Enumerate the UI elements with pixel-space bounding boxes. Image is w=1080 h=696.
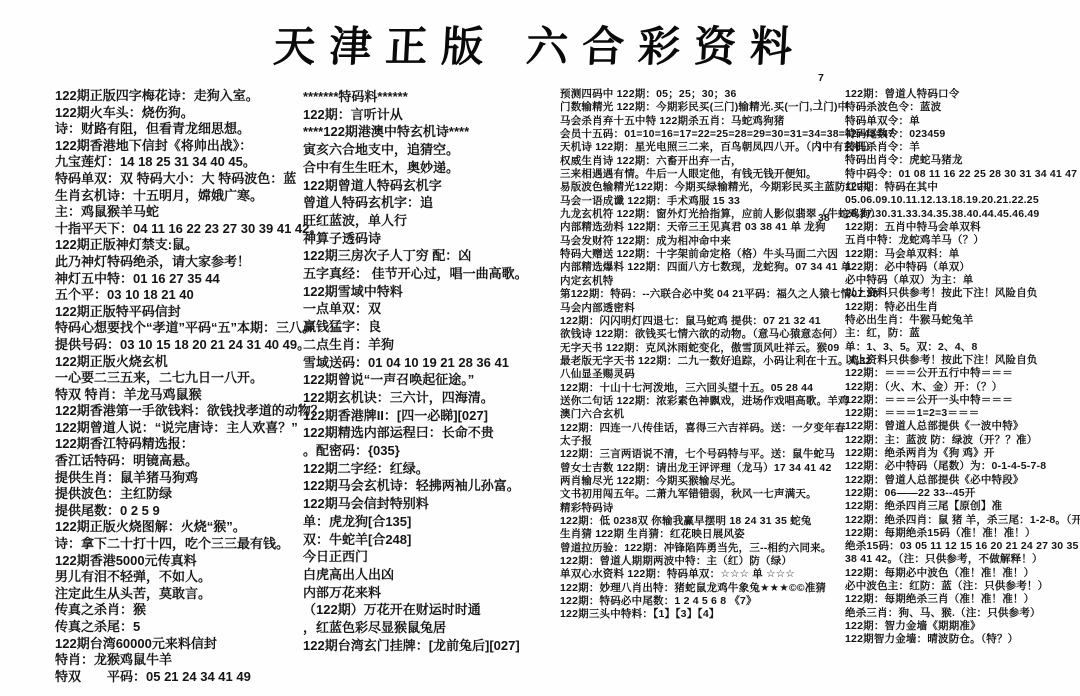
text-line: 赢钱猛字：良 bbox=[303, 318, 553, 336]
text-line: 122期：特必出生肖 bbox=[845, 301, 1077, 314]
text-line: 九龙玄机符 122期：窗外灯光拾指算，应前人影似翡翠（牛蛇鸡狗） bbox=[560, 208, 838, 221]
text-line: 特中码令：01 08 11 16 22 25 28 30 31 34 41 47 bbox=[845, 168, 1077, 181]
text-line: 122期正版四字梅花诗：走狗入室。 bbox=[55, 88, 305, 105]
text-line: 易版波色输精光122期：今期买绿输精光，今期彩民买主蓝防红中。 bbox=[560, 181, 838, 194]
text-line: 寅亥六合地支中，追猜空。 bbox=[303, 141, 553, 159]
text-line: 122期：低 0238双 你输我赢早摆明 18 24 31 35 蛇兔 bbox=[560, 515, 838, 528]
text-line: 五字真经： 佳节开心过，唱一曲高歌。 bbox=[303, 265, 553, 283]
text-line: 122期正版神灯禁支:鼠。 bbox=[55, 237, 305, 254]
text-line: 一心要二三五来，二七九日一八开。 bbox=[55, 370, 305, 387]
text-line: 精彩特码诗 bbox=[560, 502, 838, 515]
text-line: 送你二句话 122期：浓彩素色神飘戏，进场作戏唱高歌。羊鸡 bbox=[560, 395, 838, 408]
text-line: 单：1、3、5。双：2、4、8 bbox=[845, 341, 1077, 354]
text-line: 欲钱诗 122期：欲钱买七情六欲的动物。（意马心猿意态何） bbox=[560, 328, 838, 341]
text-line: 122期：妙理八肖出特：猪蛇鼠龙鸡牛象兔★★★©©准猜 bbox=[560, 582, 838, 595]
text-line: 122期：曾道人总部提供《必中特段》 bbox=[845, 474, 1077, 487]
text-line: 122期：十山十七河泼地，三六回头望十五。05 28 44 bbox=[560, 382, 838, 395]
text-line: 122期玄机诀：三六计，四海清。 bbox=[303, 389, 553, 407]
text-line: 天机诗 122期：星光电照三二来，百鸟朝凤四八开。（内中有玄机） bbox=[560, 141, 838, 154]
text-line: 122期正版特平码信封 bbox=[55, 304, 305, 321]
text-line: 内部万花来料 bbox=[303, 584, 553, 602]
text-line: 此乃神灯特码绝杀，请大家参考！ bbox=[55, 254, 305, 271]
text-line: 主：红，防：蓝 bbox=[845, 327, 1077, 340]
text-line: 122期：特码必中尾数：1 2 4 5 6 8 《7》 bbox=[560, 595, 838, 608]
text-line: 122期：绝杀四肖三尾【原创】准 bbox=[845, 500, 1077, 513]
text-line: 特双 特肖：羊龙马鸡鼠猴 bbox=[55, 387, 305, 404]
text-line: 122期：智力金墙《期期准》 bbox=[845, 620, 1077, 633]
text-line: 文书初用闯五年。二萧九军错错弱，秋风一七声满天。 bbox=[560, 488, 838, 501]
text-line: 两肖输尽光 122期：今期买猴输尽光。 bbox=[560, 475, 838, 488]
text-line: 提供生肖：鼠羊猪马狗鸡 bbox=[55, 470, 305, 487]
text-line: 26.27.30.31.33.34.35.38.40.44.45.46.49 bbox=[845, 208, 1077, 221]
page-title: 天津正版 六合彩资料 bbox=[0, 14, 1080, 74]
text-line: 旺红蓝波，单人行 bbox=[303, 212, 553, 230]
margin-glyph: ) bbox=[818, 98, 822, 110]
text-line: 特双 平码：05 21 24 34 41 49 bbox=[55, 669, 305, 686]
text-line: 122期：闪闪明灯四退七：鼠马蛇鸡 提供：07 21 32 41 bbox=[560, 315, 838, 328]
text-line: 主：鸡鼠猴羊马蛇 bbox=[55, 204, 305, 221]
text-line: 权威生肖诗 122期：六畜开出弃一古， bbox=[560, 155, 838, 168]
column-prediction-tips: 预测四码中 122期：05；25；30；36门数输精光 122期：今期彩民买(三… bbox=[560, 88, 838, 622]
text-line: 122期：每期绝杀15码（准！准！准！） bbox=[845, 527, 1077, 540]
text-line: 特码单双：双 特码大小：大 特码波色：蓝 bbox=[55, 171, 305, 188]
text-line: 今日正西门 bbox=[303, 548, 553, 566]
text-line: 122期：曾道人期期两波中特：主（红）防（绿） bbox=[560, 555, 838, 568]
text-line: 注定此生从头苦，莫敢言。 bbox=[55, 586, 305, 603]
text-line: 单：虎龙狗[合135] bbox=[303, 513, 553, 531]
text-line: 122期：绝杀两肖为《狗 鸡》开 bbox=[845, 447, 1077, 460]
text-line: （122期）万花开在财运时时通 bbox=[303, 601, 553, 619]
text-line: 提供号码：03 10 15 18 20 21 24 31 40 49。 bbox=[55, 337, 305, 354]
margin-glyph: ) bbox=[818, 140, 822, 152]
text-line: 122期香江特码精选报： bbox=[55, 436, 305, 453]
text-line: 十指平天下：04 11 16 22 23 27 30 39 41 42。 bbox=[55, 221, 305, 238]
text-line: 男儿有泪不轻弹，不如人。 bbox=[55, 569, 305, 586]
text-line: *******特码料****** bbox=[303, 88, 553, 106]
text-line: 内部精选劲料 122期：天帝三王见真君 03 38 41 单 龙狗 bbox=[560, 221, 838, 234]
text-line: 122期：每期绝杀三肖（准！准！准！） bbox=[845, 593, 1077, 606]
text-line: 必中波色主：红防：蓝（注：只供参考！） bbox=[845, 580, 1077, 593]
text-line: 122期：曾道人总部提供《一波中特》 bbox=[845, 420, 1077, 433]
text-line: 122期香港5000元传真料 bbox=[55, 553, 305, 570]
text-line: 内定玄机特 bbox=[560, 275, 838, 288]
text-line: 122期台湾玄门挂牌：[龙前兔后][027] bbox=[303, 637, 553, 655]
text-line: 122期：（火、木、金）开：（？） bbox=[845, 381, 1077, 394]
text-line: 122期：必中特码（单双） bbox=[845, 261, 1077, 274]
text-line: 122期：＝＝＝1=2=3＝＝＝ bbox=[845, 407, 1077, 420]
text-line: 特码心想要找个“孝道”平码“五”本期：三八。 bbox=[55, 320, 305, 337]
text-line: 合中有生生旺木，奥妙递。 bbox=[303, 159, 553, 177]
text-line: 白虎高出人出凶 bbox=[303, 566, 553, 584]
text-line: 122期：五肖中特马会单双料 bbox=[845, 221, 1077, 234]
text-line: 二点生肖：羊狗 bbox=[303, 336, 553, 354]
text-line: 122期三头中特料：【1】【3】【4】 bbox=[560, 608, 838, 621]
text-line: 122期：必中特码（尾数）为：0-1-4-5-7-8 bbox=[845, 460, 1077, 473]
text-line: 特必出生肖：牛猴马蛇兔羊 bbox=[845, 314, 1077, 327]
text-line: ****122期港澳中特玄机诗**** bbox=[303, 123, 553, 141]
text-line: 雪域送码：01 04 10 19 21 28 36 41 bbox=[303, 354, 553, 372]
text-line: 122期：绝杀四肖：鼠 猪 羊，杀三尾：1-2-8。（开？） bbox=[845, 514, 1077, 527]
column-plum-poem-info: 122期正版四字梅花诗：走狗入室。122期火车头：烧伤狗。诗：财路有阻，但看青龙… bbox=[55, 88, 305, 685]
text-line: 122期：三言两语说不清，七个号码特与平。送：鼠牛蛇马 bbox=[560, 448, 838, 461]
text-line: 以上资料只供参考！按此下注！风险自负 bbox=[845, 354, 1077, 367]
text-line: 122期精选内部运程曰：长命不贵 bbox=[303, 424, 553, 442]
text-line: 太子报 bbox=[560, 435, 838, 448]
text-line: 五肖中特：龙蛇鸡羊马（？） bbox=[845, 234, 1077, 247]
text-line: 122期火车头：烧伤狗。 bbox=[55, 105, 305, 122]
text-line: 38 41 42。（注：只供参考，不做解释！） bbox=[845, 553, 1077, 566]
text-line: 122期：每期必中波色（准！准！准！） bbox=[845, 567, 1077, 580]
text-line: 曾道人特码玄机字：追 bbox=[303, 194, 553, 212]
column-zengdaoren-commands: 122期：曾道人特码口令特码杀波色令：蓝波特码单双令：单特码尾数令：023459… bbox=[845, 88, 1077, 646]
text-line: 提供尾数：0 2 5 9 bbox=[55, 503, 305, 520]
text-line: 122期正版火烧图解：火烧“猴”。 bbox=[55, 519, 305, 536]
text-line: 122期智力金墙：晴波防仓。（特？） bbox=[845, 633, 1077, 646]
text-line: 122期香港地下信封《将帅出战》： bbox=[55, 138, 305, 155]
text-line: 特肖：龙猴鸡鼠牛羊 bbox=[55, 652, 305, 669]
text-line: 122期雪域中特料 bbox=[303, 283, 553, 301]
text-line: 122期香港牌II：[四一必睇][027] bbox=[303, 407, 553, 425]
text-line: 马会一语成谶 122期：手术鸡服 15 33 bbox=[560, 195, 838, 208]
text-line: 曾女士吉数 122期：请出龙王评评理（龙马）17 34 41 42 bbox=[560, 462, 838, 475]
text-line: 香江话特码：明镜高悬。 bbox=[55, 453, 305, 470]
text-line: 最老版无字天书 122期：二九一数好追踪，小码让利在十五。鸡32 bbox=[560, 355, 838, 368]
text-line: 澳门六合玄机 bbox=[560, 408, 838, 421]
text-line: 。配密码：{035} bbox=[303, 442, 553, 460]
text-line: 九宝莲灯：14 18 25 31 34 40 45。 bbox=[55, 154, 305, 171]
text-line: 122期：曾道人特码口令 bbox=[845, 88, 1077, 101]
text-line: 会员十五码：01=10=16=17=22=25=28=29=30=31=34=3… bbox=[560, 128, 838, 141]
text-line: 绝杀15码：03 05 11 12 15 16 20 21 24 27 30 3… bbox=[845, 540, 1077, 553]
text-line: 特码尾数令：023459 bbox=[845, 128, 1077, 141]
text-line: 生肖玄机诗：十五明月，嫦娥广寒。 bbox=[55, 188, 305, 205]
text-line: 122期正版火烧玄机 bbox=[55, 354, 305, 371]
text-line: 生肖猜 122期 生肖猜：红花映日展风姿 bbox=[560, 528, 838, 541]
text-line: 122期：06——22 33--45开 bbox=[845, 487, 1077, 500]
text-line: 122期台湾60000元来料信封 bbox=[55, 636, 305, 653]
text-line: 马会内部透密料 bbox=[560, 302, 838, 315]
text-line: 特码大赠送 122期：十字架前命定格（格）牛头马面二六因 bbox=[560, 248, 838, 261]
text-line: 提供波色：主红防绿 bbox=[55, 486, 305, 503]
text-line: 特码杀波色令：蓝波 bbox=[845, 101, 1077, 114]
text-line: 特码单双令：单 bbox=[845, 115, 1077, 128]
text-line: 122期：四连一八传佳话，喜得三六吉祥码。送：一夕变年春 bbox=[560, 422, 838, 435]
text-line: 八仙显圣赐灵码 bbox=[560, 368, 838, 381]
scanned-lottery-sheet: 天津正版 六合彩资料 122期正版四字梅花诗：走狗入室。122期火车头：烧伤狗。… bbox=[0, 0, 1080, 696]
text-line: 门数输精光 122期：今期彩民买(三门)输精光.买(一门,二门)中 bbox=[560, 101, 838, 114]
text-line: 双：牛蛇羊[合248] bbox=[303, 531, 553, 549]
text-line: 必中特码（单双）为主：单 bbox=[845, 274, 1077, 287]
text-line: 第122期：特码：--六联合必中奖 04 21平码：福久之人猿七情07 38 bbox=[560, 288, 838, 301]
text-line: 传真之杀尾：5 bbox=[55, 619, 305, 636]
text-line: 单双心水资料 122期：特码单双：☆☆☆ 单 ☆☆☆ bbox=[560, 568, 838, 581]
text-line: 122期曾道人特码玄机字 bbox=[303, 177, 553, 195]
text-line: 05.06.09.10.11.12.13.18.19.20.21.22.25 bbox=[845, 194, 1077, 207]
text-line: 以上资料只供参考！按此下注！风险自负 bbox=[845, 287, 1077, 300]
margin-glyph: 38 bbox=[818, 212, 830, 224]
text-line: 曾道拉历验：122期：冲锋陷阵勇当先，三--相约六同来。 bbox=[560, 542, 838, 555]
text-line: 神灯五中特：01 16 27 35 44 bbox=[55, 271, 305, 288]
text-line: 一点单双：双 bbox=[303, 300, 553, 318]
text-line: 122期：特码在其中 bbox=[845, 181, 1077, 194]
margin-glyph: 7 bbox=[818, 72, 824, 84]
text-line: ，红蓝色彩尽显猴鼠兔居 bbox=[303, 619, 553, 637]
text-line: 诗：拿下二十打十四，吃个三三最有钱。 bbox=[55, 536, 305, 553]
text-line: 神算子透码诗 bbox=[303, 230, 553, 248]
text-line: 122期：＝＝＝公开五行中特＝＝＝ bbox=[845, 367, 1077, 380]
text-line: 122期曾说“一声召唤起征途。” bbox=[303, 371, 553, 389]
text-line: 三来相遇遇有情。牛后一人眼定他，有钱无钱开便知。 bbox=[560, 168, 838, 181]
text-line: 122期：＝＝＝公开一头中特＝＝＝ bbox=[845, 394, 1077, 407]
text-line: 诗：财路有阻，但看青龙细思想。 bbox=[55, 121, 305, 138]
text-line: 特码杀肖令：羊 bbox=[845, 141, 1077, 154]
text-line: 122期马会玄机诗：轻拂两袖儿孙富。 bbox=[303, 477, 553, 495]
text-line: 预测四码中 122期：05；25；30；36 bbox=[560, 88, 838, 101]
text-line: 马会杀肖弃十五中特 122期杀五肖：马蛇鸡狗猪 bbox=[560, 115, 838, 128]
text-line: 122期：马会单双料：单 bbox=[845, 248, 1077, 261]
text-line: 122期香港第一手欲钱料：欲钱找孝道的动物？ bbox=[55, 403, 305, 420]
text-line: 传真之杀肖：猴 bbox=[55, 602, 305, 619]
column-special-code-material: *******特码料******122期：言听计从****122期港澳中特玄机诗… bbox=[303, 88, 553, 655]
text-line: 绝杀三肖：狗、马、猴.（注：只供参考） bbox=[845, 607, 1077, 620]
text-line: 五个平：03 10 18 21 40 bbox=[55, 287, 305, 304]
text-line: 无字天书 122期：克风沐雨蛇变化，傲雪顶风吐祥云。猴09 bbox=[560, 342, 838, 355]
text-line: 122期二字经：红绿。 bbox=[303, 460, 553, 478]
text-line: 122期：主：蓝波 防：绿波（开？？准） bbox=[845, 434, 1077, 447]
text-line: 特码出肖令：虎蛇马猪龙 bbox=[845, 154, 1077, 167]
text-line: 内部精选爆料 122期：四面八方七数现，龙蛇狗。07 34 41 单 bbox=[560, 261, 838, 274]
text-line: 122期马会信封特别料 bbox=[303, 495, 553, 513]
text-line: 马会发财符 122期：成为相冲命中来 bbox=[560, 235, 838, 248]
text-line: 122期曾道人说：“说完唐诗：主人欢喜？” bbox=[55, 420, 305, 437]
text-line: 122期：言听计从 bbox=[303, 106, 553, 124]
text-line: 122期三房次子人丁穷 配：凶 bbox=[303, 247, 553, 265]
